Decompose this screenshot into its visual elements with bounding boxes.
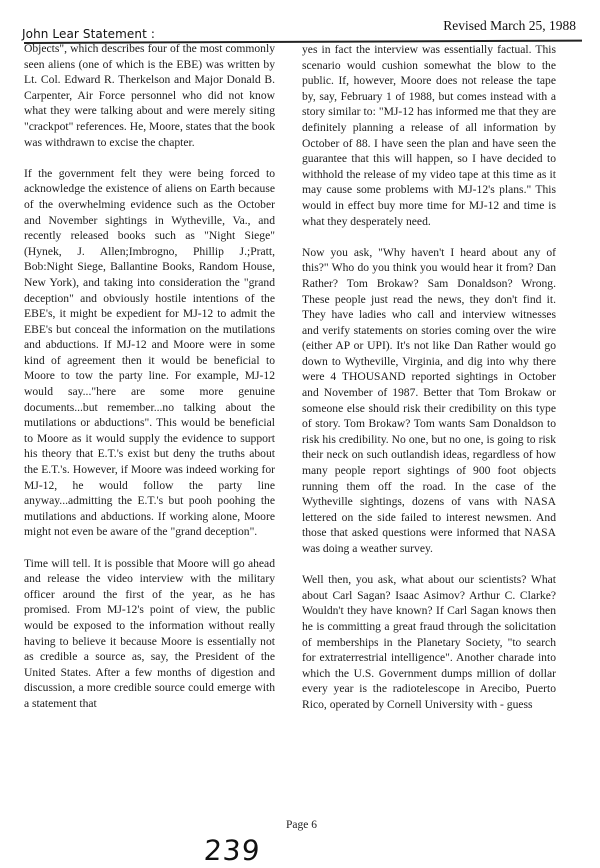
- paragraph: Well then, you ask, what about our scien…: [302, 572, 556, 712]
- right-column: yes in fact the interview was essentiall…: [302, 42, 556, 713]
- paragraph: If the government felt they were being f…: [24, 166, 275, 540]
- handwritten-page-number: 239: [203, 834, 262, 867]
- paragraph: yes in fact the interview was essentiall…: [302, 42, 556, 229]
- paragraph: Time will tell. It is possible that Moor…: [24, 556, 275, 712]
- left-column: Objects", which describes four of the mo…: [24, 41, 275, 712]
- paragraph: Objects", which describes four of the mo…: [24, 41, 275, 150]
- document-title: John Lear Statement :: [22, 27, 155, 41]
- page-header: John Lear Statement : Revised March 25, …: [20, 18, 588, 42]
- revision-date: Revised March 25, 1988: [443, 18, 576, 34]
- paragraph: Now you ask, "Why haven't I heard about …: [302, 245, 556, 557]
- page-number: Page 6: [286, 819, 317, 831]
